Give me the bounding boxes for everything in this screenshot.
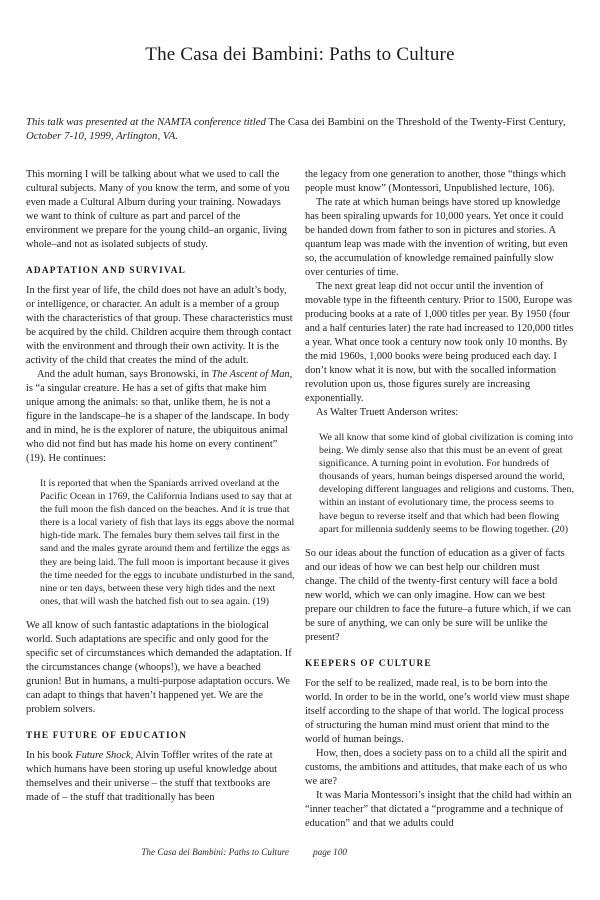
paragraph-rate-of-knowledge: The rate at which human beings have stor… <box>305 196 574 280</box>
page-title: The Casa dei Bambini: Paths to Culture <box>26 44 574 66</box>
article-page: The Casa dei Bambini: Paths to Culture T… <box>0 44 600 854</box>
paragraph-movable-type: The next great leap did not occur until … <box>305 280 574 406</box>
note-conference-title: The Casa dei Bambini on the Threshold of… <box>268 116 565 128</box>
section-heading-future-of-education: THE FUTURE OF EDUCATION <box>26 731 295 741</box>
paragraph-society-pass-on: How, then, does a society pass on to a c… <box>305 747 574 789</box>
note-date-location: October 7-10, 1999, Arlington, VA. <box>26 130 178 142</box>
paragraph-adaptations: We all know of such fantastic adaptation… <box>26 619 295 717</box>
footer-page-number: page 100 <box>305 847 347 857</box>
blockquote-grunion: It is reported that when the Spaniards a… <box>40 477 295 608</box>
paragraph-toffler-pre: In his book <box>26 750 75 761</box>
paragraph-anderson-lead-in: As Walter Truett Anderson writes: <box>305 406 574 420</box>
paragraph-bronowski-pre: And the adult human, says Bronowski, in <box>37 369 212 380</box>
paragraph-self-realized: For the self to be realized, made real, … <box>305 677 574 747</box>
two-column-body: This morning I will be talking about wha… <box>26 168 574 854</box>
paragraph-inner-teacher: It was Maria Montessori’s insight that t… <box>305 789 574 831</box>
paragraph-intro: This morning I will be talking about wha… <box>26 168 295 252</box>
section-heading-keepers-of-culture: KEEPERS OF CULTURE <box>305 659 574 669</box>
note-lead: This talk was presented at the NAMTA con… <box>26 116 266 128</box>
paragraph-legacy: the legacy from one generation to anothe… <box>305 168 574 196</box>
blockquote-global-civilization: We all know that some kind of global civ… <box>319 431 574 536</box>
page-footer: The Casa dei Bambini: Paths to Culture p… <box>26 847 574 857</box>
book-title-future-shock: Future Shock <box>75 750 130 761</box>
paragraph-bronowski: And the adult human, says Bronowski, in … <box>26 368 295 466</box>
section-heading-adaptation-and-survival: ADAPTATION AND SURVIVAL <box>26 266 295 276</box>
footer-running-title: The Casa dei Bambini: Paths to Culture <box>26 847 295 857</box>
book-title-ascent-of-man: The Ascent of Man <box>212 369 290 380</box>
paragraph-toffler: In his book Future Shock, Alvin Toffler … <box>26 749 295 805</box>
right-column: the legacy from one generation to anothe… <box>305 168 574 854</box>
paragraph-first-year: In the first year of life, the child doe… <box>26 284 295 368</box>
left-column: This morning I will be talking about wha… <box>26 168 295 854</box>
paragraph-function-of-education: So our ideas about the function of educa… <box>305 547 574 645</box>
paragraph-bronowski-post: , is “a singular creature. He has a set … <box>26 369 292 464</box>
presentation-note: This talk was presented at the NAMTA con… <box>26 115 574 143</box>
